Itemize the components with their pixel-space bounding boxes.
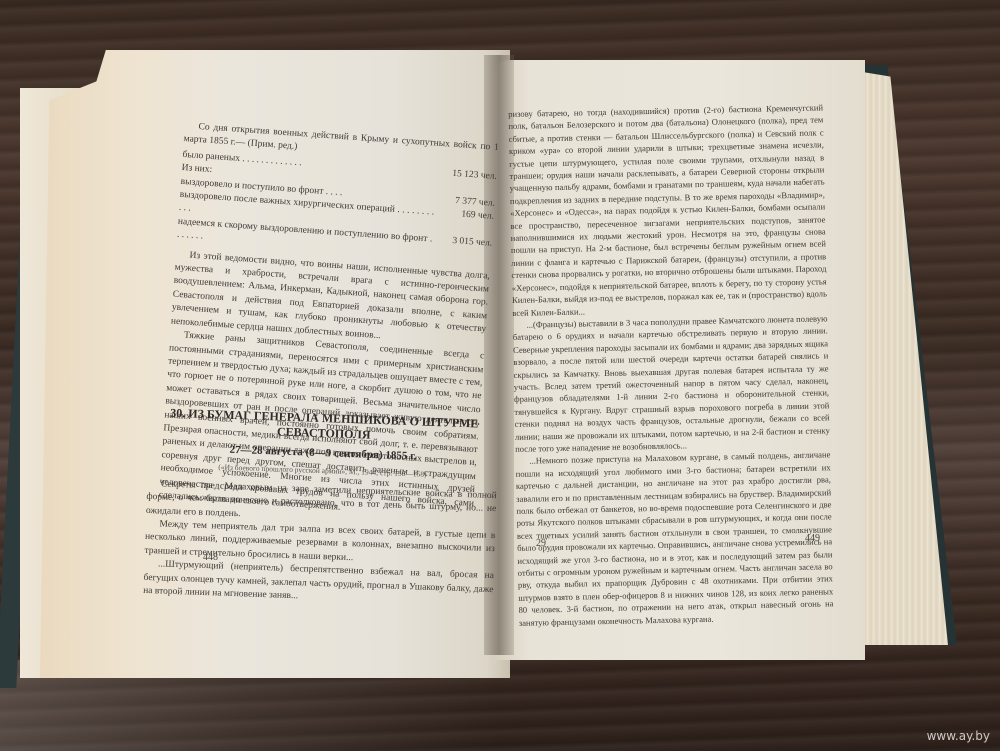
signature-mark: 29 [536,538,546,549]
stat-value: 169 чел. [433,207,495,238]
paragraph: ...Немного позже приступа на Малаховом к… [515,449,834,629]
right-page-text: ризову батарею, но тогда (находившийся) … [508,101,834,629]
casualty-stats: было раненых . . . . . . . . . . . . . 1… [176,149,497,265]
page-number-left: 448 [203,552,218,563]
section-heading: 30. ИЗ БУМАГ ГЕНЕРАЛА МЕНШИКОВА О ШТУРМЕ… [149,405,500,447]
left-page-section: 30. ИЗ БУМАГ ГЕНЕРАЛА МЕНШИКОВА О ШТУРМЕ… [143,395,500,611]
paragraph: ризову батарею, но тогда (находившийся) … [508,101,827,318]
stat-value: 3 015 чел. [431,233,493,264]
paragraph: ...(Французы) выставили в 3 часа пополуд… [512,312,830,455]
page-number-right: 449 [805,533,820,544]
watermark: www.ay.by [927,729,990,743]
